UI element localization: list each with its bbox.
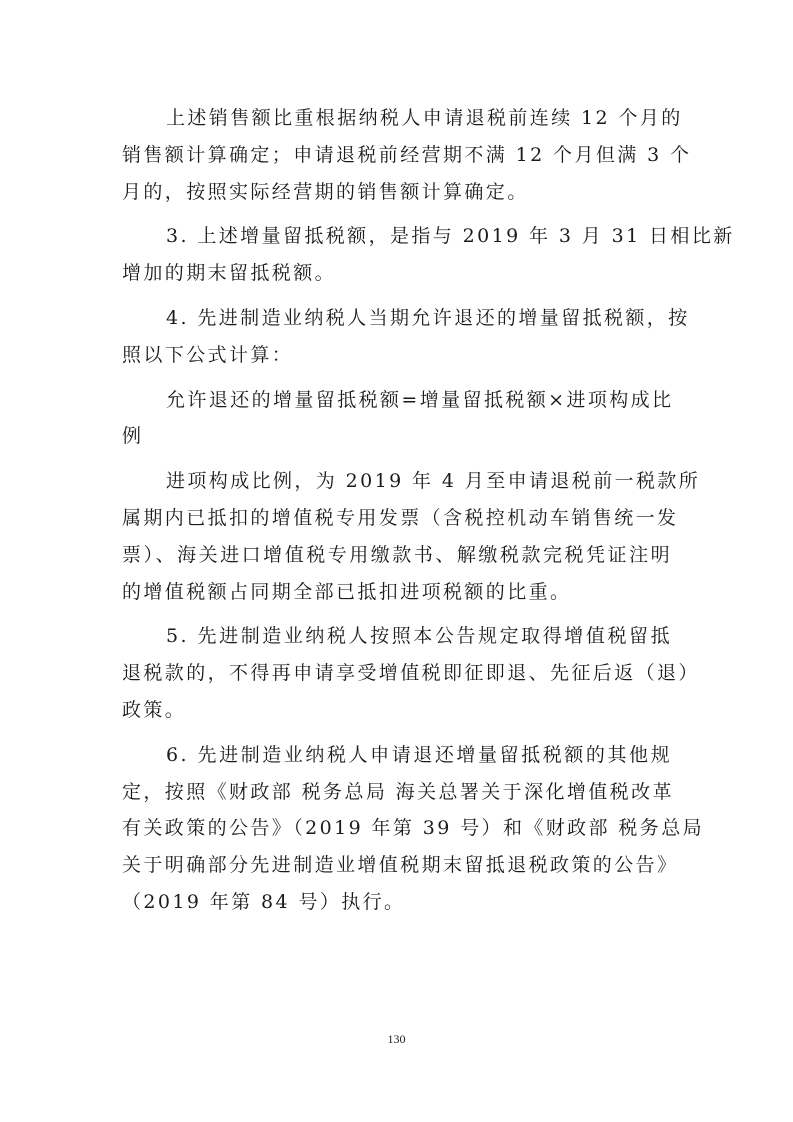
text-line: 定，按照《财政部 税务总局 海关总署关于深化增值税改革 [122,774,672,811]
paragraph-item-6: 6. 先进制造业纳税人申请退还增量留抵税额的其他规 定，按照《财政部 税务总局 … [122,737,672,921]
text-line: 销售额计算确定；申请退税前经营期不满 12 个月但满 3 个 [122,137,672,174]
formula-line: 例 [122,418,672,455]
formula-line: 允许退还的增量留抵税额=增量留抵税额×进项构成比 [122,382,672,419]
paragraph-item-5: 5. 先进制造业纳税人按照本公告规定取得增值税留抵 退税款的，不得再申请享受增值… [122,618,672,728]
text-line: 属期内已抵扣的增值税专用发票（含税控机动车销售统一发 [122,500,672,537]
text-line: 的增值税额占同期全部已抵扣进项税额的比重。 [122,574,672,611]
text-line: 上述销售额比重根据纳税人申请退税前连续 12 个月的 [122,100,672,137]
text-line: 5. 先进制造业纳税人按照本公告规定取得增值税留抵 [122,618,672,655]
text-line: 有关政策的公告》（2019 年第 39 号）和《财政部 税务总局 [122,810,672,847]
text-line: 增加的期末留抵税额。 [122,255,672,292]
text-line: 票）、海关进口增值税专用缴款书、解缴税款完税凭证注明 [122,537,672,574]
text-line: 关于明确部分先进制造业增值税期末留抵退税政策的公告》 [122,847,672,884]
text-line: 退税款的，不得再申请享受增值税即征即退、先征后返（退） [122,655,672,692]
text-line: 月的，按照实际经营期的销售额计算确定。 [122,174,672,211]
paragraph-input-ratio-definition: 进项构成比例，为 2019 年 4 月至申请退税前一税款所 属期内已抵扣的增值税… [122,463,672,610]
paragraph-item-3: 3. 上述增量留抵税额，是指与 2019 年 3 月 31 日相比新 增加的期末… [122,218,672,292]
text-line: 照以下公式计算： [122,337,672,374]
text-line: （2019 年第 84 号）执行。 [122,884,672,921]
paragraph-sales-ratio-note: 上述销售额比重根据纳税人申请退税前连续 12 个月的 销售额计算确定；申请退税前… [122,100,672,210]
paragraph-formula: 允许退还的增量留抵税额=增量留抵税额×进项构成比 例 [122,382,672,456]
document-page: 上述销售额比重根据纳税人申请退税前连续 12 个月的 销售额计算确定；申请退税前… [0,0,793,1122]
document-body: 上述销售额比重根据纳税人申请退税前连续 12 个月的 销售额计算确定；申请退税前… [122,100,672,929]
text-line: 6. 先进制造业纳税人申请退还增量留抵税额的其他规 [122,737,672,774]
text-line: 4. 先进制造业纳税人当期允许退还的增量留抵税额，按 [122,300,672,337]
text-line: 政策。 [122,692,672,729]
text-line: 进项构成比例，为 2019 年 4 月至申请退税前一税款所 [122,463,672,500]
paragraph-item-4: 4. 先进制造业纳税人当期允许退还的增量留抵税额，按 照以下公式计算： [122,300,672,374]
text-line: 3. 上述增量留抵税额，是指与 2019 年 3 月 31 日相比新 [122,218,672,255]
page-number: 130 [0,1032,793,1047]
